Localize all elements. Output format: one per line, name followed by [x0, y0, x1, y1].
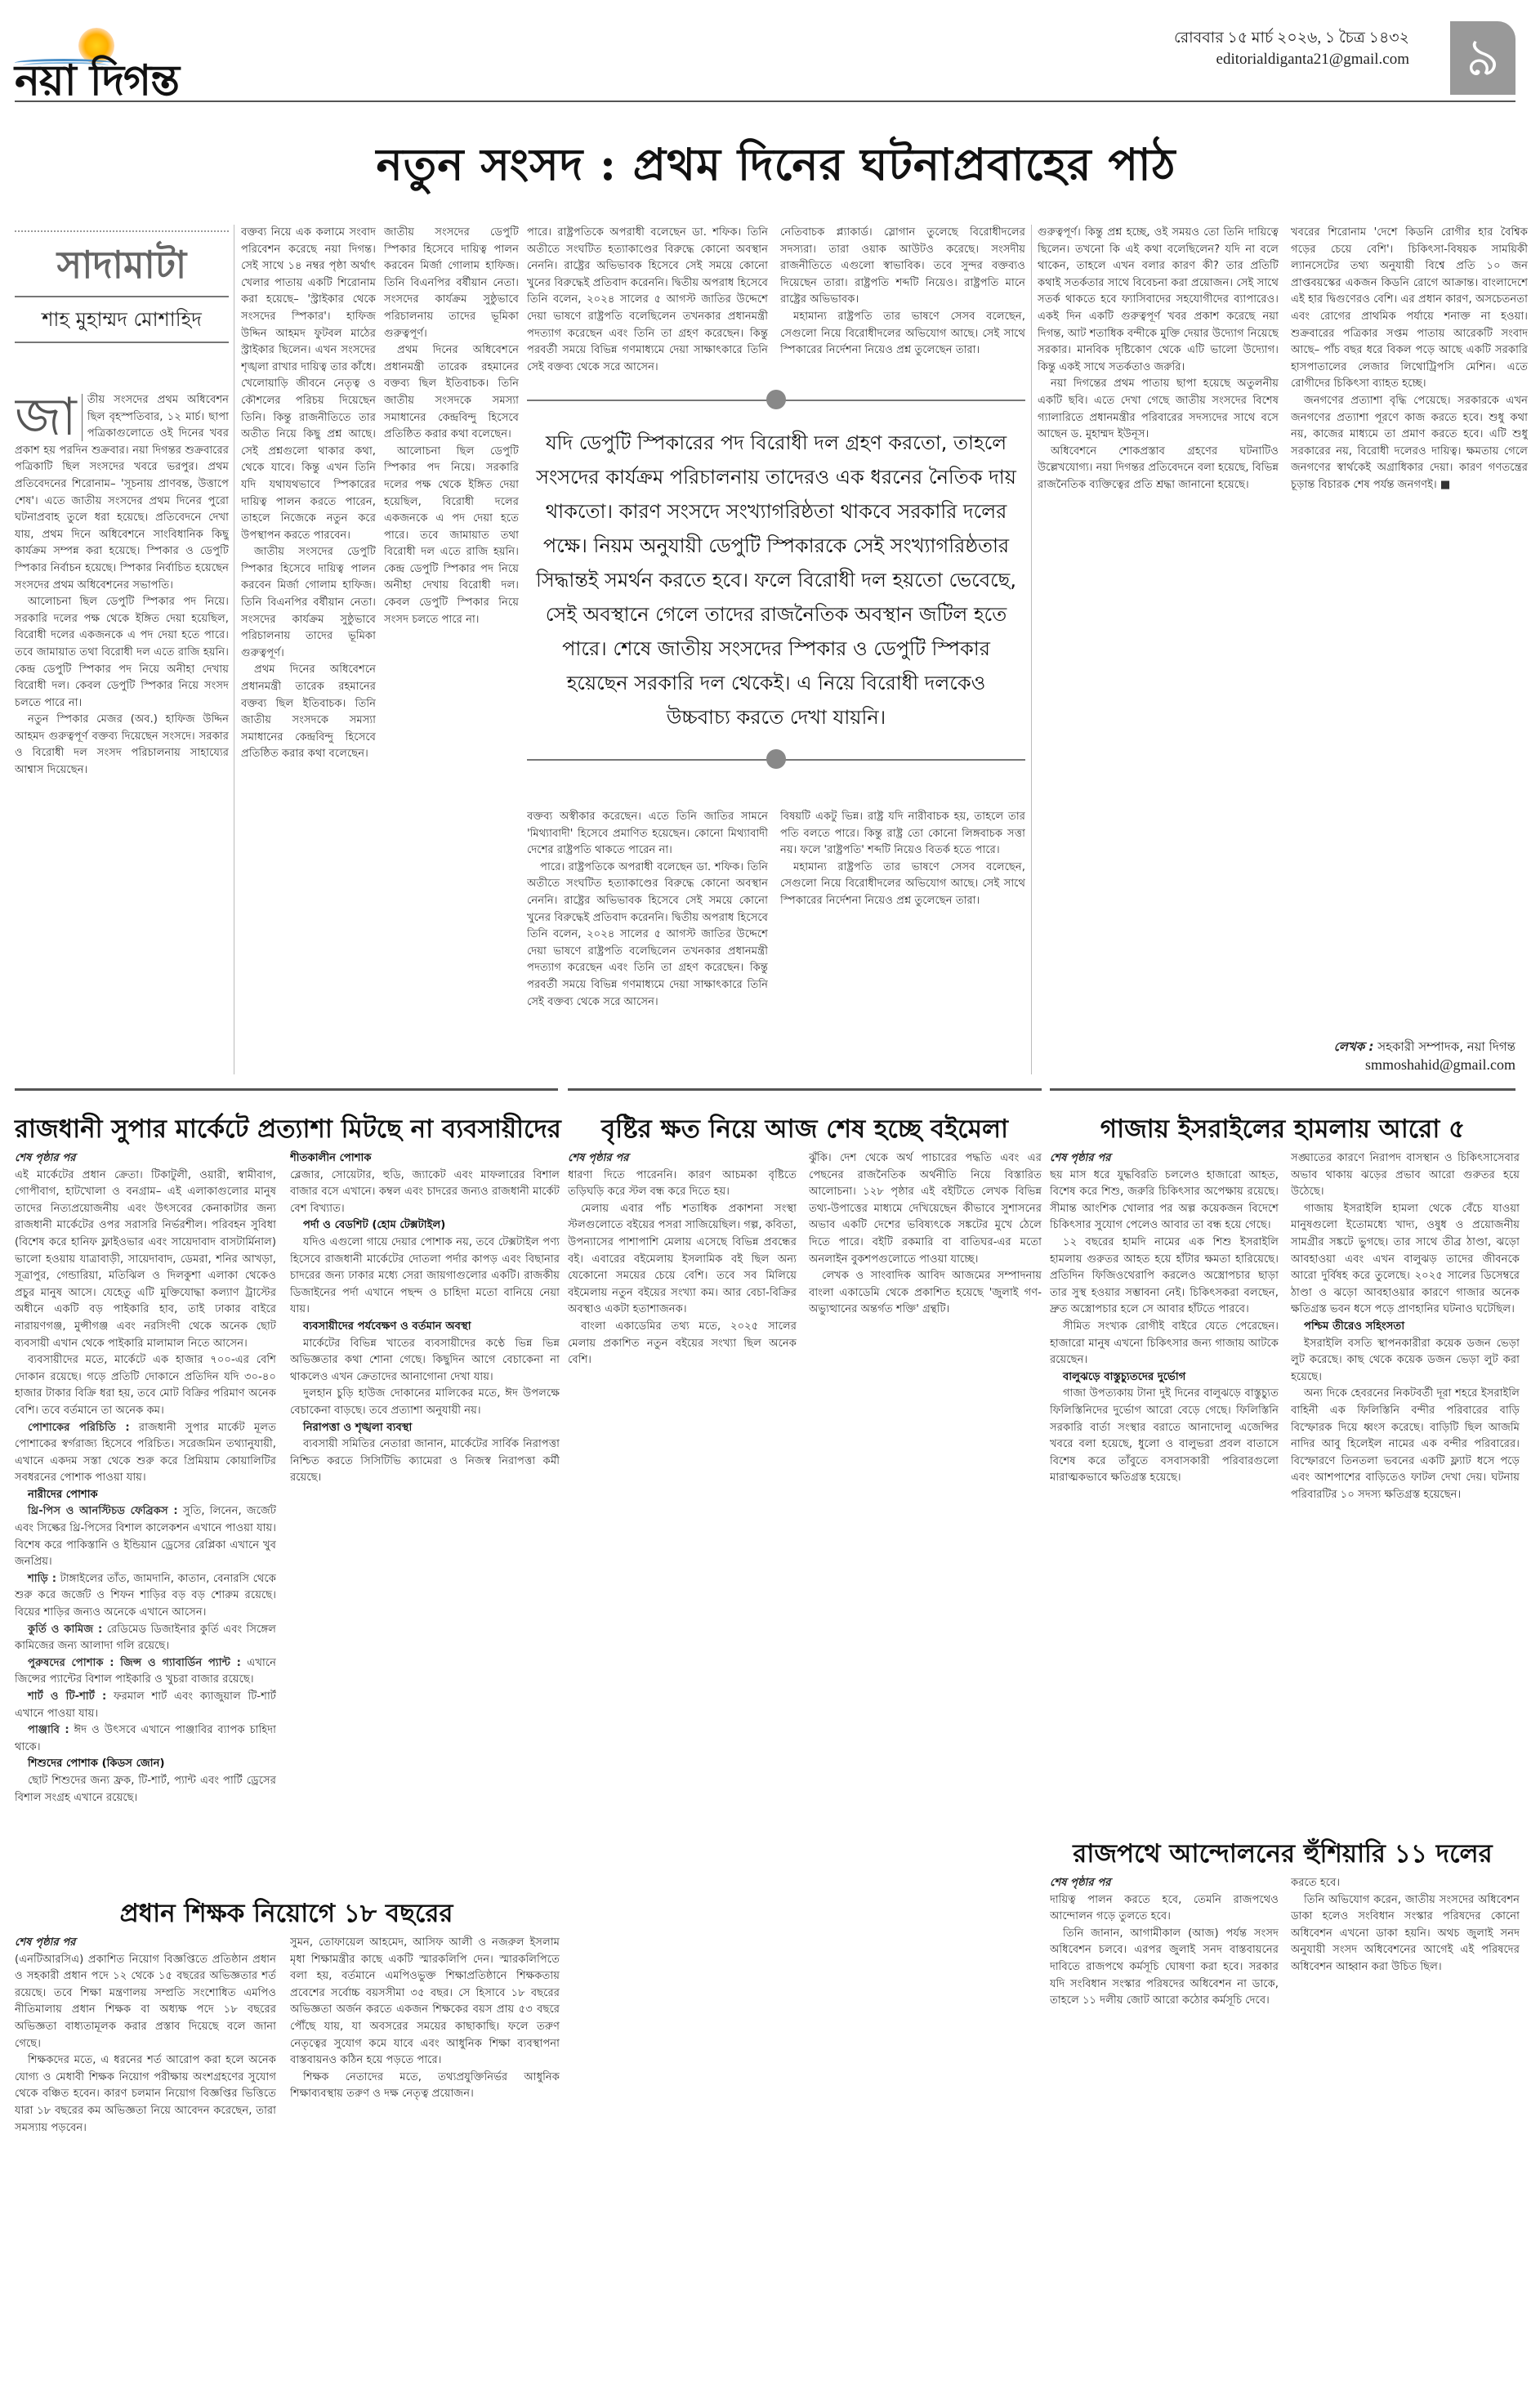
editorial-column-6: খবরের শিরোনাম 'দেশে কিডনি রোগীর হার বৈশ্… [1291, 225, 1528, 1034]
story-5-column-2: করতে হবে। তিনি অভিযোগ করেন, জাতীয় সংসদে… [1291, 1875, 1520, 2382]
paragraph: বক্তব্য অস্বীকার করেছেন। এতে তিনি জাতির … [527, 809, 768, 860]
divider [15, 296, 229, 297]
masthead: নয়া দিগন্ত রোববার ১৫ মার্চ ২০২৬, ১ চৈত্… [0, 0, 1540, 106]
subhead: পর্দা ও বেডশিট (হোম টেক্সটাইল) [290, 1217, 560, 1235]
continued-kicker: শেষ পৃষ্ঠার পর [568, 1150, 797, 1168]
bullet-dot-icon [766, 749, 786, 769]
logo-text: নয়া দিগন্ত [15, 47, 179, 118]
story-headline-1[interactable]: রাজধানী সুপার মার্কেটে প্রত্যাশা মিটছে ন… [15, 1110, 558, 1152]
paragraph: মহামান্য রাষ্ট্রপতি তার ভাষণে সেসব বলেছে… [780, 309, 1025, 359]
column-rule [1031, 225, 1032, 1074]
paragraph: পারে। রাষ্ট্রপতিকে অপরাধী বলেছেন ডা. শফি… [527, 225, 768, 372]
paragraph: নতুন স্পিকার মেজর (অব.) হাফিজ উদ্দিন আহম… [15, 712, 229, 779]
paragraph: আলোচনা ছিল ডেপুটি স্পিকার পদ নিয়ে। সরকা… [15, 594, 229, 712]
story-3-column-1: শেষ পৃষ্ঠার পর ছয় মাস ধরে যুদ্ধবিরতি চল… [1050, 1150, 1279, 1812]
subhead: পশ্চিম তীরেও সহিংসতা [1291, 1319, 1520, 1336]
divider [527, 400, 1025, 401]
story-2-column-1: শেষ পৃষ্ঠার পর ধারণা দিতে পারেননি। কারণ … [568, 1150, 797, 2384]
paragraph: নেতিবাচক প্ল্যাকার্ড। স্লোগান তুলেছে বির… [780, 225, 1025, 309]
column-rule [234, 225, 234, 1074]
story-4-column-2: সুমন, তোফায়েল আহমেদ, আসিফ আলী ও নজরুল ই… [290, 1935, 560, 2384]
newspaper-logo[interactable]: নয়া দিগন্ত [15, 23, 203, 88]
paragraph: অধিবেশনে শোকপ্রস্তাব গ্রহণের ঘটনাটিও উল্… [1038, 444, 1279, 494]
editorial-column-2: বক্তব্য নিয়ে এক কলামে সংবাদ পরিবেশন করে… [241, 225, 376, 1074]
subhead: নারীদের পোশাক [15, 1487, 276, 1504]
editorial-column-4: নেতিবাচক প্ল্যাকার্ড। স্লোগান তুলেছে বির… [780, 225, 1025, 372]
paragraph: বিষয়টি একটু ভিন্ন। রাষ্ট্র যদি নারীবাচক… [780, 809, 1025, 860]
bullet-dot-icon [766, 390, 786, 409]
section-divider [1050, 1088, 1515, 1091]
story-headline-2[interactable]: বৃষ্টির ক্ষত নিয়ে আজ শেষ হচ্ছে বইমেলা [568, 1110, 1042, 1152]
paragraph: জাতীয় সংসদের প্রথম অধিবেশন ছিল বৃহস্পতি… [15, 392, 229, 594]
editorial-column-2b: জাতীয় সংসদের ডেপুটি স্পিকার হিসেবে দায়… [384, 225, 519, 1074]
subhead: শীতকালীন পোশাক [290, 1150, 560, 1168]
dotted-divider [15, 230, 229, 232]
author-email[interactable]: smmoshahid@gmail.com [1213, 1056, 1515, 1074]
paragraph: জনগণের প্রত্যাশা বৃদ্ধি পেয়েছে। সরকারকে… [1291, 393, 1528, 494]
editorial-column-5: গুরুত্বপূর্ণ। কিন্তু প্রশ্ন হচ্ছে, ওই সম… [1038, 225, 1279, 1074]
story-headline-5[interactable]: রাজপথে আন্দোলনের হুঁশিয়ারি ১১ দলের [1050, 1834, 1515, 1877]
section-divider [15, 1088, 558, 1091]
story-1-column-1: শেষ পৃষ্ঠার পর এই মার্কেটের প্রধান ক্রেত… [15, 1150, 276, 1869]
column-author: শাহ মুহাম্মদ মোশাহিদ [15, 306, 229, 333]
subhead: বালুঝড়ে বাস্তুচ্যুতদের দুর্ভোগ [1050, 1369, 1279, 1387]
story-2-column-2: ঝুঁকি। দেশ থেকে অর্থ পাচারের পদ্ধতি এবং … [809, 1150, 1042, 2384]
dateline: রোববার ১৫ মার্চ ২০২৬, ১ চৈত্র ১৪৩২ edito… [1174, 28, 1409, 70]
paragraph: গুরুত্বপূর্ণ। কিন্তু প্রশ্ন হচ্ছে, ওই সম… [1038, 225, 1279, 376]
story-1-column-2: শীতকালীন পোশাক ব্লেজার, সোয়েটার, হুডি, … [290, 1150, 560, 1869]
continued-kicker: শেষ পৃষ্ঠার পর [1050, 1150, 1279, 1168]
divider [527, 759, 1025, 761]
story-headline-4[interactable]: প্রধান শিক্ষক নিয়োগে ১৮ বছরের [15, 1894, 558, 1936]
paragraph: প্রথম দিনের অধিবেশনে প্রধানমন্ত্রী তারেক… [384, 342, 519, 444]
story-headline-3[interactable]: গাজায় ইসরাইলের হামলায় আরো ৫ [1050, 1110, 1515, 1152]
story-5-column-1: শেষ পৃষ্ঠার পর দায়িত্ব পালন করতে হবে, ত… [1050, 1875, 1279, 2382]
author-label: লেখক : [1334, 1039, 1374, 1054]
continued-kicker: শেষ পৃষ্ঠার পর [15, 1150, 276, 1168]
paragraph: প্রথম দিনের অধিবেশনে প্রধানমন্ত্রী তারেক… [241, 662, 376, 763]
subhead: ব্যবসায়ীদের পর্যবেক্ষণ ও বর্তমান অবস্থা [290, 1319, 560, 1336]
paragraph: জাতীয় সংসদের ডেপুটি স্পিকার হিসেবে দায়… [241, 544, 376, 662]
page-number-badge: ৯ [1450, 21, 1515, 95]
editorial-column-1: জাতীয় সংসদের প্রথম অধিবেশন ছিল বৃহস্পতি… [15, 392, 229, 1070]
dropcap: জা [15, 394, 83, 441]
story-4-column-1: শেষ পৃষ্ঠার পর (এনটিআরসিএ) প্রকাশিত নিয়… [15, 1935, 276, 2384]
editorial-email[interactable]: editorialdiganta21@gmail.com [1174, 49, 1409, 70]
editorial-column-3: পারে। রাষ্ট্রপতিকে অপরাধী বলেছেন ডা. শফি… [527, 225, 768, 372]
paragraph: আলোচনা ছিল ডেপুটি স্পিকার পদ নিয়ে। সরকা… [384, 444, 519, 629]
divider [15, 100, 1515, 102]
paragraph: জাতীয় সংসদের ডেপুটি স্পিকার হিসেবে দায়… [384, 225, 519, 342]
paragraph: নয়া দিগন্তের প্রথম পাতায় ছাপা হয়েছে অ… [1038, 376, 1279, 443]
subhead: শিশুদের পোশাক (কিডস জোন) [15, 1756, 276, 1773]
divider [15, 342, 229, 343]
continued-kicker: শেষ পৃষ্ঠার পর [15, 1935, 276, 1952]
continued-kicker: শেষ পৃষ্ঠার পর [1050, 1875, 1279, 1892]
author-note: লেখক : সহকারী সম্পাদক, নয়া দিগন্ত smmos… [1213, 1038, 1515, 1074]
pull-quote: যদি ডেপুটি স্পিকারের পদ বিরোধী দল গ্রহণ … [527, 380, 1025, 780]
editorial-column-4-bottom: বিষয়টি একটু ভিন্ন। রাষ্ট্র যদি নারীবাচক… [780, 809, 1025, 1074]
paragraph: পারে। রাষ্ট্রপতিকে অপরাধী বলেছেন ডা. শফি… [527, 860, 768, 1011]
pull-quote-text: যদি ডেপুটি স্পিকারের পদ বিরোধী দল গ্রহণ … [527, 421, 1025, 739]
paragraph: খবরের শিরোনাম 'দেশে কিডনি রোগীর হার বৈশ্… [1291, 225, 1528, 393]
editorial-headline: নতুন সংসদ : প্রথম দিনের ঘটনাপ্রবাহের পাঠ [245, 131, 1307, 204]
column-header: সাদামাটা শাহ মুহাম্মদ মোশাহিদ [15, 230, 229, 351]
column-name: সাদামাটা [15, 242, 229, 288]
section-divider [568, 1088, 1042, 1091]
paragraph: মহামান্য রাষ্ট্রপতি তার ভাষণে সেসব বলেছে… [780, 860, 1025, 910]
publication-date: রোববার ১৫ মার্চ ২০২৬, ১ চৈত্র ১৪৩২ [1174, 28, 1409, 49]
paragraph: বক্তব্য নিয়ে এক কলামে সংবাদ পরিবেশন করে… [241, 225, 376, 544]
subhead: নিরাপত্তা ও শৃঙ্খলা ব্যবস্থা [290, 1420, 560, 1437]
author-role: সহকারী সম্পাদক, নয়া দিগন্ত [1377, 1039, 1515, 1054]
story-3-column-2: সঙ্ঘাতের কারণে নিরাপদ বাসস্থান ও চিকিৎসা… [1291, 1150, 1520, 1812]
editorial-column-3-bottom: বক্তব্য অস্বীকার করেছেন। এতে তিনি জাতির … [527, 809, 768, 1074]
